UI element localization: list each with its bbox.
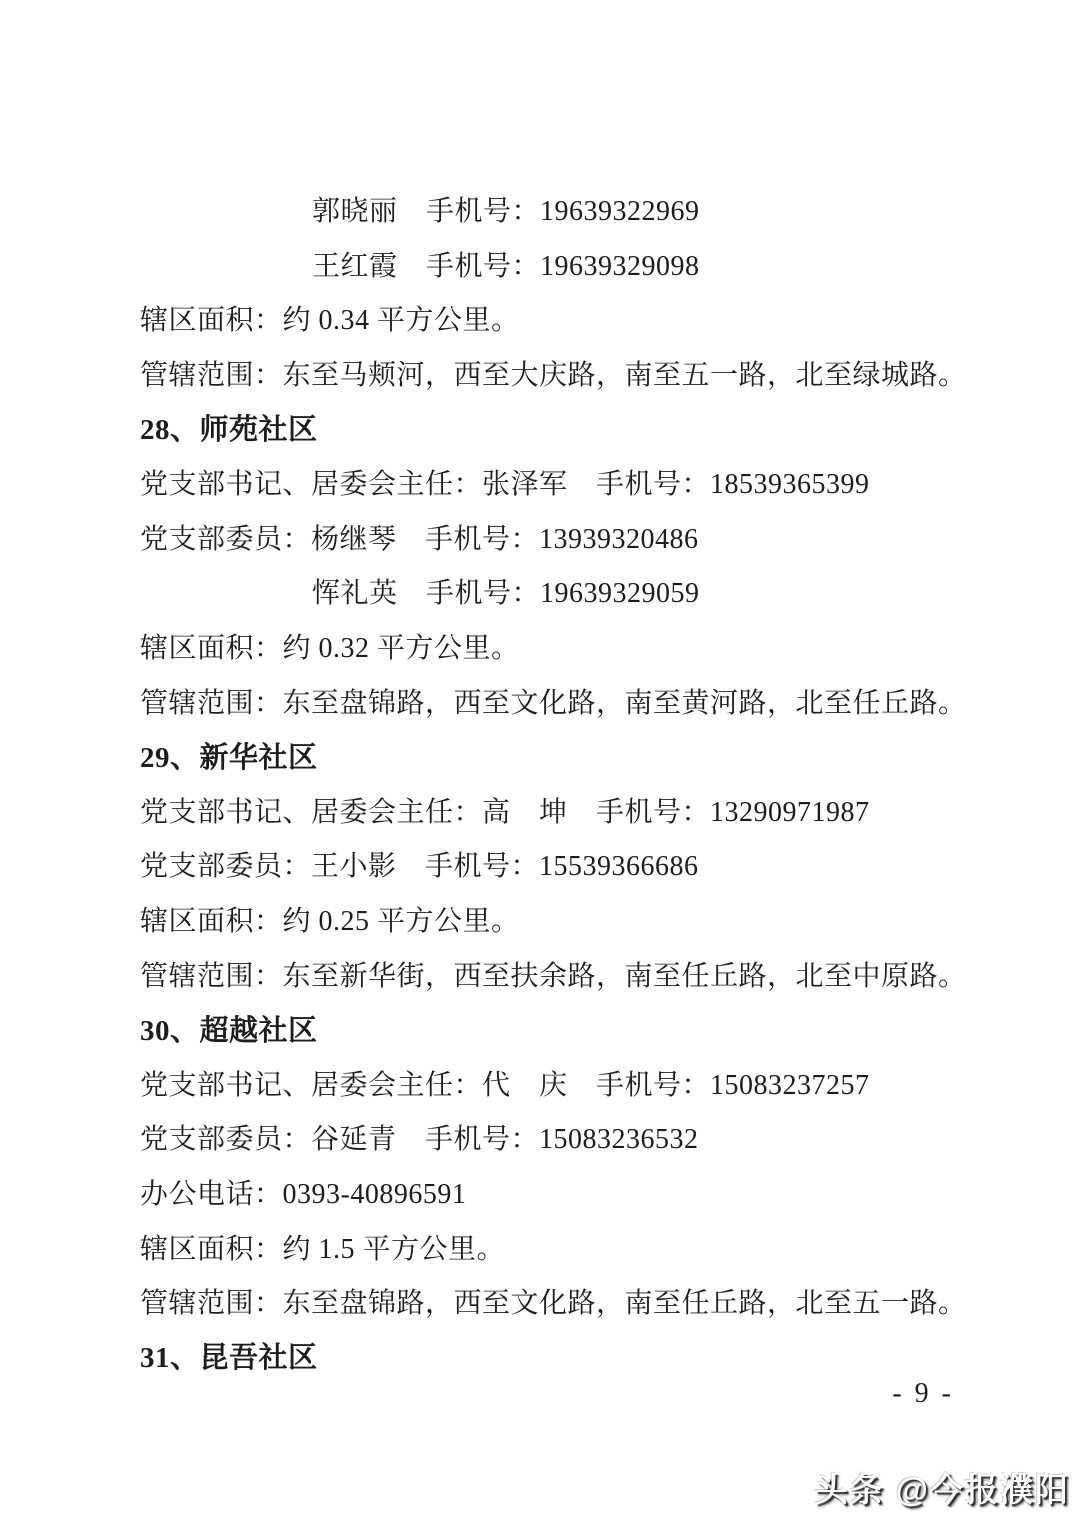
document-line: 辖区面积：约 0.25 平方公里。 bbox=[140, 892, 955, 947]
line-text: 管辖范围：东至盘锦路，西至文化路，南至任丘路，北至五一路。 bbox=[140, 1281, 967, 1321]
document-page: 郭晓丽 手机号：19639322969 王红霞 手机号：19639329098 … bbox=[0, 0, 1080, 1527]
document-line: 党支部书记、居委会主任：代 庆 手机号：15083237257 bbox=[140, 1056, 955, 1111]
document-line: 30、超越社区 bbox=[140, 1001, 955, 1056]
document-line: 辖区面积：约 1.5 平方公里。 bbox=[140, 1219, 955, 1274]
document-line: 恽礼英 手机号：19639329059 bbox=[140, 564, 955, 619]
line-text: 党支部委员：谷延青 手机号：15083236532 bbox=[140, 1117, 699, 1157]
line-text: 郭晓丽 手机号：19639322969 bbox=[312, 189, 700, 229]
document-line: 31、昆吾社区 bbox=[140, 1328, 955, 1383]
line-text: 党支部委员：王小影 手机号：15539366686 bbox=[140, 844, 699, 884]
document-line: 党支部书记、居委会主任：张泽军 手机号：18539365399 bbox=[140, 455, 955, 510]
watermark-toutiao: 头条 @今报濮阳 bbox=[815, 1464, 1070, 1511]
document-line: 辖区面积：约 0.32 平方公里。 bbox=[140, 619, 955, 674]
line-text: 29、新华社区 bbox=[140, 735, 318, 776]
line-text: 党支部书记、居委会主任：高 坤 手机号：13290971987 bbox=[140, 790, 870, 830]
line-text: 管辖范围：东至盘锦路，西至文化路，南至黄河路，北至任丘路。 bbox=[140, 681, 967, 721]
document-line: 管辖范围：东至马颊河，西至大庆路，南至五一路，北至绿城路。 bbox=[140, 346, 955, 401]
document-line: 王红霞 手机号：19639329098 bbox=[140, 237, 955, 292]
document-line: 管辖范围：东至新华街，西至扶余路，南至任丘路，北至中原路。 bbox=[140, 946, 955, 1001]
document-line: 党支部书记、居委会主任：高 坤 手机号：13290971987 bbox=[140, 783, 955, 838]
line-text: 30、超越社区 bbox=[140, 1008, 318, 1049]
line-text: 办公电话：0393-40896591 bbox=[140, 1172, 466, 1212]
line-text: 管辖范围：东至新华街，西至扶余路，南至任丘路，北至中原路。 bbox=[140, 954, 967, 994]
line-text: 辖区面积：约 1.5 平方公里。 bbox=[140, 1227, 505, 1267]
document-line: 郭晓丽 手机号：19639322969 bbox=[140, 182, 955, 237]
document-line: 28、师苑社区 bbox=[140, 400, 955, 455]
line-text: 辖区面积：约 0.34 平方公里。 bbox=[140, 298, 520, 338]
document-line: 党支部委员：王小影 手机号：15539366686 bbox=[140, 837, 955, 892]
document-line: 党支部委员：杨继琴 手机号：13939320486 bbox=[140, 510, 955, 565]
line-text: 恽礼英 手机号：19639329059 bbox=[312, 571, 700, 611]
line-text: 党支部书记、居委会主任：代 庆 手机号：15083237257 bbox=[140, 1063, 870, 1103]
document-line: 党支部委员：谷延青 手机号：15083236532 bbox=[140, 1110, 955, 1165]
document-line: 管辖范围：东至盘锦路，西至文化路，南至任丘路，北至五一路。 bbox=[140, 1274, 955, 1329]
line-text: 辖区面积：约 0.32 平方公里。 bbox=[140, 626, 520, 666]
line-text: 党支部书记、居委会主任：张泽军 手机号：18539365399 bbox=[140, 462, 870, 502]
document-lines: 郭晓丽 手机号：19639322969 王红霞 手机号：19639329098 … bbox=[140, 182, 955, 1383]
line-text: 31、昆吾社区 bbox=[140, 1335, 318, 1376]
line-text: 28、师苑社区 bbox=[140, 407, 318, 448]
document-line: 管辖范围：东至盘锦路，西至文化路，南至黄河路，北至任丘路。 bbox=[140, 673, 955, 728]
document-line: 办公电话：0393-40896591 bbox=[140, 1165, 955, 1220]
line-text: 王红霞 手机号：19639329098 bbox=[312, 244, 700, 284]
document-line: 辖区面积：约 0.34 平方公里。 bbox=[140, 291, 955, 346]
line-text: 党支部委员：杨继琴 手机号：13939320486 bbox=[140, 517, 699, 557]
document-line: 29、新华社区 bbox=[140, 728, 955, 783]
line-text: 管辖范围：东至马颊河，西至大庆路，南至五一路，北至绿城路。 bbox=[140, 353, 967, 393]
line-text: 辖区面积：约 0.25 平方公里。 bbox=[140, 899, 520, 939]
page-number: - 9 - bbox=[892, 1378, 954, 1410]
